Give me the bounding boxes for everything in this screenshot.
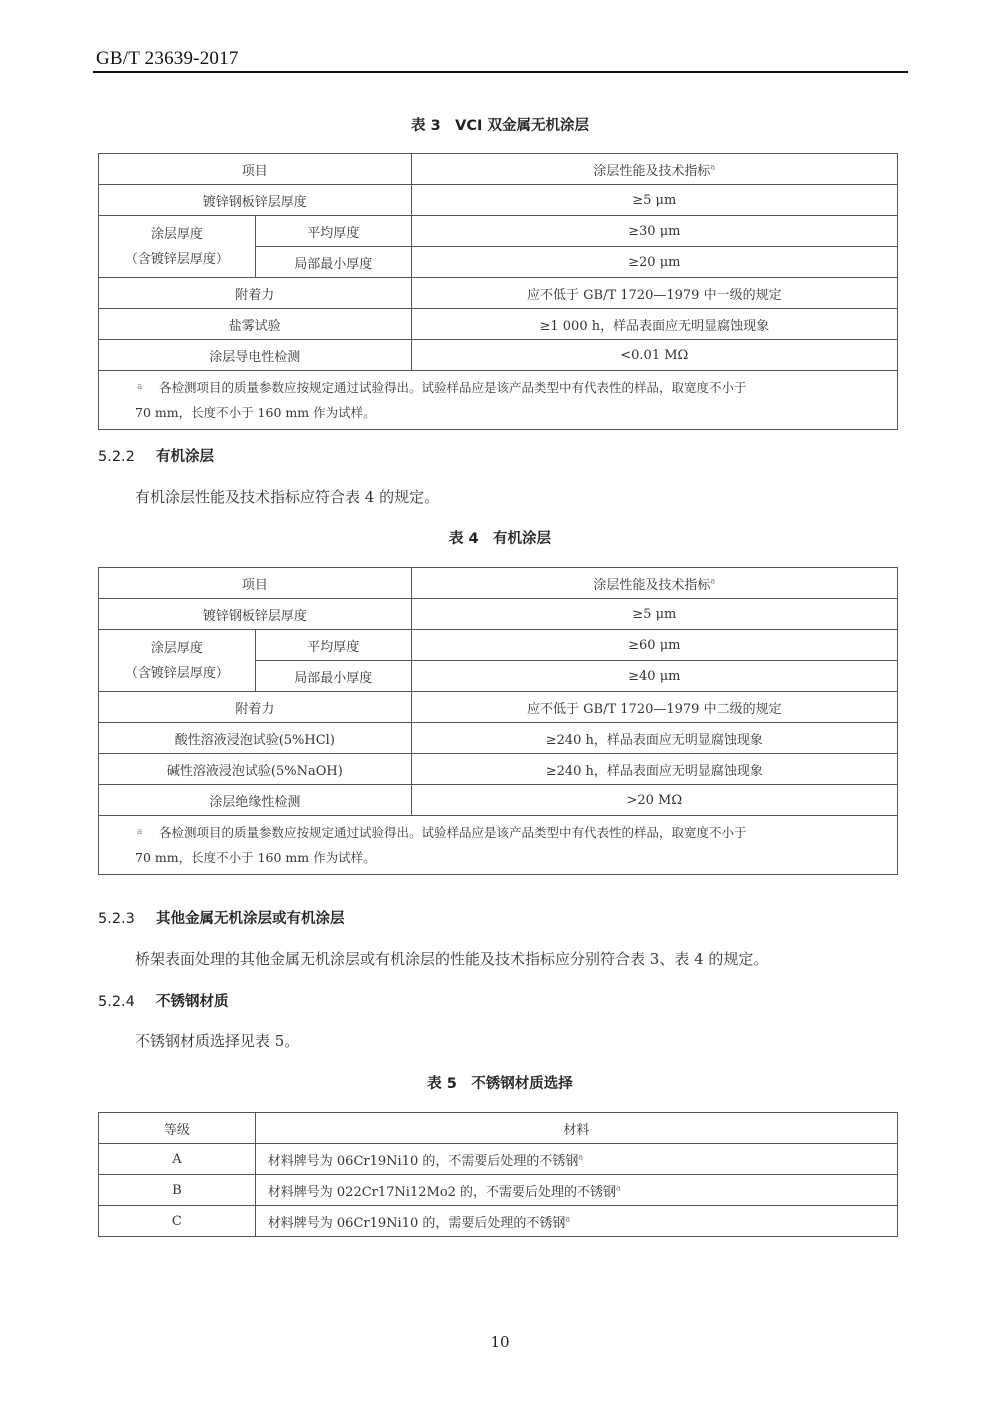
- table-footnote-row: a 各检测项目的质量参数应按规定通过试验得出。试验样品应是该产品类型中有代表性的…: [99, 816, 898, 875]
- footnote-marker: a: [616, 1183, 621, 1192]
- page-number: 10: [0, 1333, 1000, 1351]
- table-row: 镀锌钢板锌层厚度 ≥5 μm: [99, 185, 898, 216]
- table-row: 碱性溶液浸泡试验(5%NaOH) ≥240 h，样品表面应无明显腐蚀现象: [99, 754, 898, 785]
- table5-caption: 表 5 不锈钢材质选择: [0, 1072, 1000, 1093]
- col-header-material: 材料: [255, 1113, 897, 1144]
- row-material-text: 材料牌号为 022Cr17Ni12Mo2 的，不需要后处理的不锈钢: [268, 1185, 616, 1200]
- section-5-2-3-heading: 5.2.3其他金属无机涂层或有机涂层: [98, 907, 345, 928]
- row-item: 平均厚度: [255, 216, 411, 247]
- row-group: 涂层厚度 （含镀锌层厚度）: [99, 630, 256, 692]
- row-material-text: 材料牌号为 06Cr19Ni10 的，不需要后处理的不锈钢: [268, 1154, 579, 1169]
- row-item: 酸性溶液浸泡试验(5%HCl): [99, 723, 412, 754]
- row-value: >20 MΩ: [411, 785, 897, 816]
- section-title: 其他金属无机涂层或有机涂层: [156, 911, 345, 927]
- row-value: ≥30 μm: [411, 216, 897, 247]
- row-value: ≥5 μm: [411, 599, 897, 630]
- table-header-row: 项目 涂层性能及技术指标a: [99, 568, 898, 599]
- section-title: 不锈钢材质: [156, 994, 229, 1010]
- footnote-line-2: 70 mm，长度不小于 160 mm 作为试样。: [111, 845, 887, 870]
- table-row: 涂层绝缘性检测 >20 MΩ: [99, 785, 898, 816]
- row-grade: B: [99, 1175, 256, 1206]
- col-header-spec-label: 涂层性能及技术指标: [593, 164, 710, 179]
- table-row: 附着力 应不低于 GB/T 1720—1979 中二级的规定: [99, 692, 898, 723]
- table-footnote-row: a 各检测项目的质量参数应按规定通过试验得出。试验样品应是该产品类型中有代表性的…: [99, 371, 898, 430]
- row-value: ≥5 μm: [411, 185, 897, 216]
- row-group-label: 涂层厚度: [99, 222, 255, 247]
- table-row: 附着力 应不低于 GB/T 1720—1979 中一级的规定: [99, 278, 898, 309]
- row-value: ≥60 μm: [411, 630, 897, 661]
- footnote-marker: a: [710, 576, 715, 585]
- section-number: 5.2.2: [98, 449, 156, 465]
- row-value: 应不低于 GB/T 1720—1979 中一级的规定: [411, 278, 897, 309]
- row-material: 材料牌号为 06Cr19Ni10 的，不需要后处理的不锈钢a: [255, 1144, 897, 1175]
- row-value: ≥240 h，样品表面应无明显腐蚀现象: [411, 723, 897, 754]
- section-number: 5.2.3: [98, 911, 156, 927]
- table-row: 镀锌钢板锌层厚度 ≥5 μm: [99, 599, 898, 630]
- row-value: 应不低于 GB/T 1720—1979 中二级的规定: [411, 692, 897, 723]
- table-row: A 材料牌号为 06Cr19Ni10 的，不需要后处理的不锈钢a: [99, 1144, 898, 1175]
- col-header-item: 项目: [99, 154, 412, 185]
- table-row: 涂层导电性检测 <0.01 MΩ: [99, 340, 898, 371]
- row-item: 镀锌钢板锌层厚度: [99, 599, 412, 630]
- section-5-2-2-heading: 5.2.2有机涂层: [98, 445, 214, 466]
- section-5-2-3-text: 桥架表面处理的其他金属无机涂层或有机涂层的性能及技术指标应分别符合表 3、表 4…: [135, 948, 768, 969]
- table-row: C 材料牌号为 06Cr19Ni10 的，需要后处理的不锈钢a: [99, 1206, 898, 1237]
- row-item: 涂层绝缘性检测: [99, 785, 412, 816]
- row-item: 镀锌钢板锌层厚度: [99, 185, 412, 216]
- table4-caption: 表 4 有机涂层: [0, 527, 1000, 548]
- row-item: 局部最小厚度: [255, 247, 411, 278]
- standard-code: GB/T 23639-2017: [96, 48, 239, 70]
- table-footnote: a 各检测项目的质量参数应按规定通过试验得出。试验样品应是该产品类型中有代表性的…: [99, 816, 898, 875]
- table-header-row: 等级 材料: [99, 1113, 898, 1144]
- row-item: 平均厚度: [255, 630, 411, 661]
- row-material-text: 材料牌号为 06Cr19Ni10 的，需要后处理的不锈钢: [268, 1216, 566, 1231]
- row-group: 涂层厚度 （含镀锌层厚度）: [99, 216, 256, 278]
- col-header-spec-label: 涂层性能及技术指标: [593, 578, 710, 593]
- row-group-label: 涂层厚度: [99, 636, 255, 661]
- row-group-sublabel: （含镀锌层厚度）: [99, 247, 255, 272]
- footnote-marker: a: [565, 1214, 570, 1223]
- row-material: 材料牌号为 06Cr19Ni10 的，需要后处理的不锈钢a: [255, 1206, 897, 1237]
- table-header-row: 项目 涂层性能及技术指标a: [99, 154, 898, 185]
- section-5-2-4-heading: 5.2.4不锈钢材质: [98, 990, 229, 1011]
- row-material: 材料牌号为 022Cr17Ni12Mo2 的，不需要后处理的不锈钢a: [255, 1175, 897, 1206]
- row-item: 盐雾试验: [99, 309, 412, 340]
- section-title: 有机涂层: [156, 449, 214, 465]
- table-footnote: a 各检测项目的质量参数应按规定通过试验得出。试验样品应是该产品类型中有代表性的…: [99, 371, 898, 430]
- footnote-marker: a: [578, 1152, 583, 1161]
- col-header-grade: 等级: [99, 1113, 256, 1144]
- row-value: <0.01 MΩ: [411, 340, 897, 371]
- table-row: 涂层厚度 （含镀锌层厚度） 平均厚度 ≥60 μm: [99, 630, 898, 661]
- table3: 项目 涂层性能及技术指标a 镀锌钢板锌层厚度 ≥5 μm 涂层厚度 （含镀锌层厚…: [98, 153, 898, 430]
- row-grade: C: [99, 1206, 256, 1237]
- row-value: ≥40 μm: [411, 661, 897, 692]
- row-item: 局部最小厚度: [255, 661, 411, 692]
- table3-caption: 表 3 VCI 双金属无机涂层: [0, 114, 1000, 135]
- table-row: 涂层厚度 （含镀锌层厚度） 平均厚度 ≥30 μm: [99, 216, 898, 247]
- footnote-marker: a: [137, 375, 142, 400]
- row-value: ≥20 μm: [411, 247, 897, 278]
- footnote-marker: a: [137, 820, 142, 845]
- header-rule: [93, 71, 908, 73]
- table-row: 盐雾试验 ≥1 000 h，样品表面应无明显腐蚀现象: [99, 309, 898, 340]
- section-5-2-2-text: 有机涂层性能及技术指标应符合表 4 的规定。: [135, 486, 439, 507]
- section-5-2-4-text: 不锈钢材质选择见表 5。: [135, 1030, 299, 1051]
- section-number: 5.2.4: [98, 994, 156, 1010]
- table5: 等级 材料 A 材料牌号为 06Cr19Ni10 的，不需要后处理的不锈钢a B…: [98, 1112, 898, 1237]
- footnote-marker: a: [710, 162, 715, 171]
- table-row: 酸性溶液浸泡试验(5%HCl) ≥240 h，样品表面应无明显腐蚀现象: [99, 723, 898, 754]
- row-item: 附着力: [99, 278, 412, 309]
- col-header-spec: 涂层性能及技术指标a: [411, 568, 897, 599]
- row-item: 附着力: [99, 692, 412, 723]
- col-header-item: 项目: [99, 568, 412, 599]
- row-value: ≥240 h，样品表面应无明显腐蚀现象: [411, 754, 897, 785]
- footnote-line-1: 各检测项目的质量参数应按规定通过试验得出。试验样品应是该产品类型中有代表性的样品…: [135, 375, 887, 400]
- table-row: B 材料牌号为 022Cr17Ni12Mo2 的，不需要后处理的不锈钢a: [99, 1175, 898, 1206]
- footnote-line-1: 各检测项目的质量参数应按规定通过试验得出。试验样品应是该产品类型中有代表性的样品…: [135, 820, 887, 845]
- row-value: ≥1 000 h，样品表面应无明显腐蚀现象: [411, 309, 897, 340]
- row-grade: A: [99, 1144, 256, 1175]
- footnote-line-2: 70 mm，长度不小于 160 mm 作为试样。: [111, 400, 887, 425]
- row-item: 涂层导电性检测: [99, 340, 412, 371]
- table4: 项目 涂层性能及技术指标a 镀锌钢板锌层厚度 ≥5 μm 涂层厚度 （含镀锌层厚…: [98, 567, 898, 875]
- col-header-spec: 涂层性能及技术指标a: [411, 154, 897, 185]
- row-group-sublabel: （含镀锌层厚度）: [99, 661, 255, 686]
- row-item: 碱性溶液浸泡试验(5%NaOH): [99, 754, 412, 785]
